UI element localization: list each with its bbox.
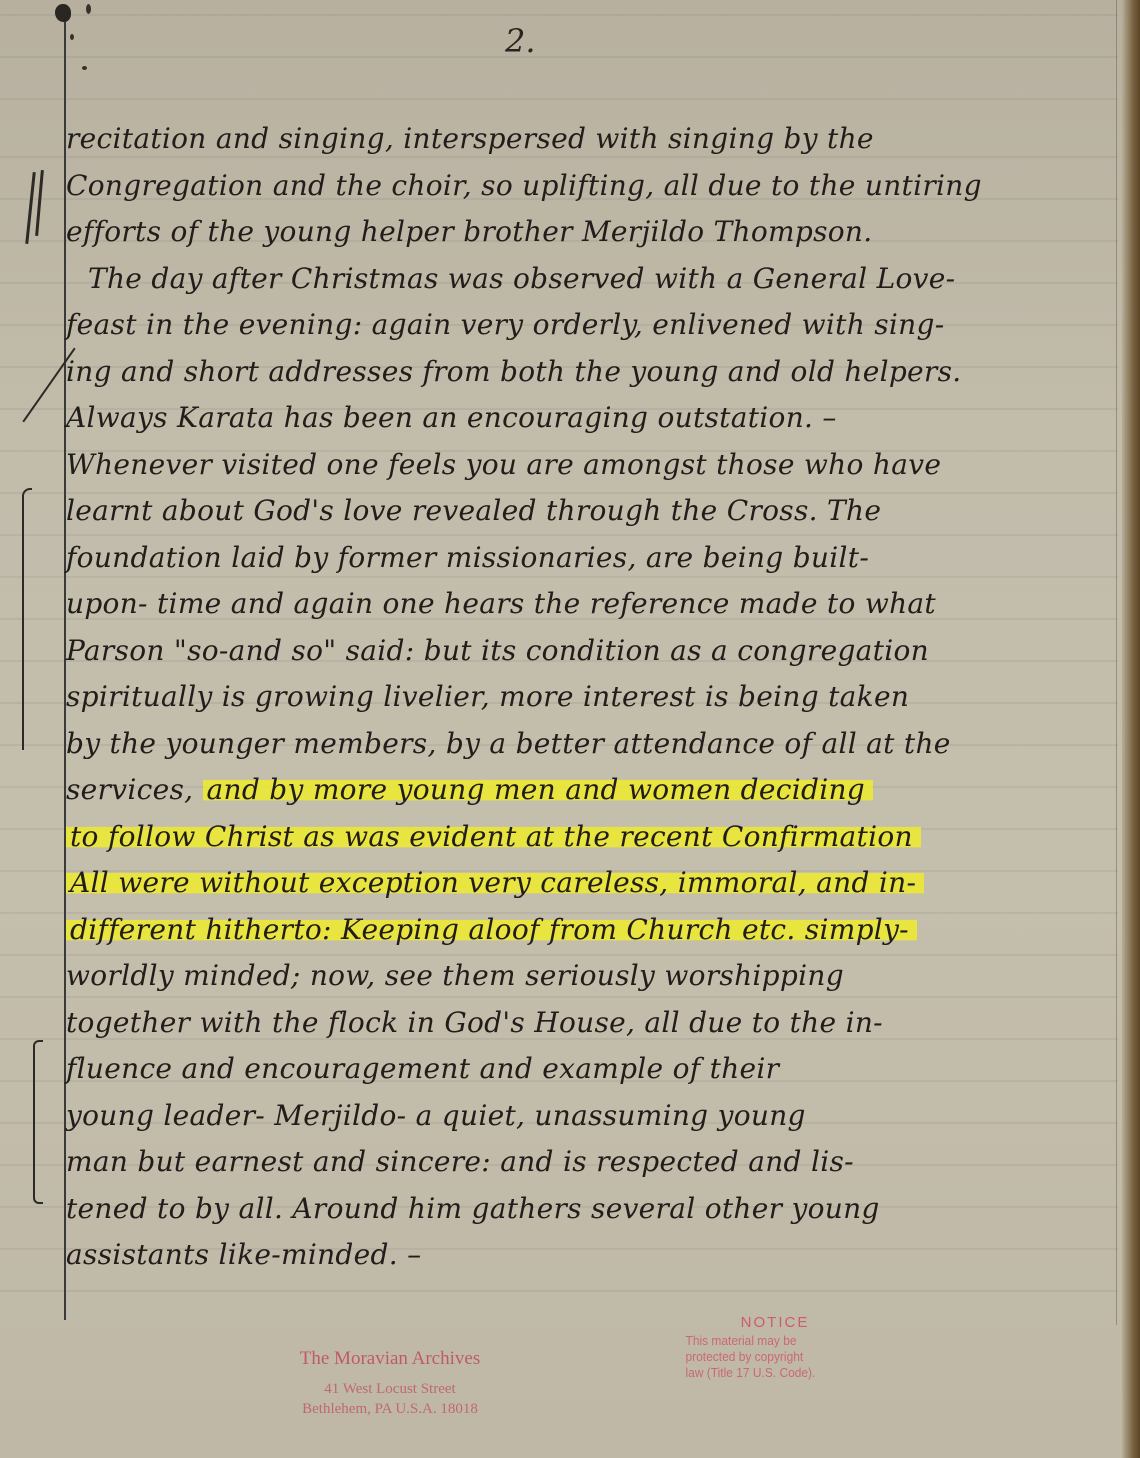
text-line: spiritually is growing livelier, more in… (66, 674, 1116, 721)
text-line: foundation laid by former missionaries, … (66, 535, 1116, 582)
line-text: worldly minded; now, see them seriously … (66, 959, 844, 992)
text-line: The day after Christmas was observed wit… (66, 256, 1116, 303)
text-line: Whenever visited one feels you are among… (66, 442, 1116, 489)
bracket-mark (22, 488, 32, 750)
text-line: by the younger members, by a better atte… (66, 721, 1116, 768)
line-text: learnt about God's love revealed through… (66, 494, 881, 527)
text-line: young leader- Merjildo- a quiet, unassum… (66, 1093, 1116, 1140)
text-line: fluence and encouragement and example of… (66, 1046, 1116, 1093)
line-text: upon- time and again one hears the refer… (66, 587, 936, 620)
archive-name: The Moravian Archives (255, 1348, 525, 1370)
text-line: Congregation and the choir, so uplifting… (66, 163, 1116, 210)
handwritten-text: recitation and singing, interspersed wit… (66, 116, 1116, 1279)
line-text: fluence and encouragement and example of… (66, 1052, 779, 1085)
text-line: recitation and singing, interspersed wit… (66, 116, 1116, 163)
text-line: All were without exception very careless… (66, 860, 1116, 907)
line-text: together with the flock in God's House, … (66, 1006, 883, 1039)
right-margin-rule (1116, 0, 1117, 1325)
line-text: feast in the evening: again very orderly… (66, 308, 944, 341)
line-text: assistants like-minded. – (66, 1238, 421, 1271)
text-line: ing and short addresses from both the yo… (66, 349, 1116, 396)
text-line: Parson "so-and so" said: but its conditi… (66, 628, 1116, 675)
line-text: Whenever visited one feels you are among… (66, 448, 941, 481)
line-text: Parson "so-and so" said: but its conditi… (66, 634, 929, 667)
notice-line: protected by copyright (680, 1349, 855, 1365)
text-line: efforts of the young helper brother Merj… (66, 209, 1116, 256)
highlighted-text: and by more young men and women deciding (203, 773, 873, 806)
ink-speck (70, 34, 74, 40)
notice-line: law (Title 17 U.S. Code). (680, 1365, 855, 1381)
text-line: upon- time and again one hears the refer… (66, 581, 1116, 628)
archive-stamp: The Moravian Archives 41 West Locust Str… (255, 1348, 525, 1419)
highlighted-text: to follow Christ as was evident at the r… (66, 820, 921, 853)
bracket-mark (33, 1040, 43, 1204)
text-line: to follow Christ as was evident at the r… (66, 814, 1116, 861)
line-text: services, (66, 773, 203, 806)
ink-blot (55, 4, 71, 22)
line-text: tened to by all. Around him gathers seve… (66, 1192, 880, 1225)
line-text: The day after Christmas was observed wit… (88, 262, 955, 295)
text-line: together with the flock in God's House, … (66, 1000, 1116, 1047)
archive-city: Bethlehem, PA U.S.A. 18018 (255, 1399, 525, 1419)
ink-speck (86, 4, 91, 14)
copyright-notice-stamp: NOTICE This material may be protected by… (680, 1314, 870, 1381)
notice-line: This material may be (680, 1333, 855, 1349)
line-text: by the younger members, by a better atte… (66, 727, 951, 760)
line-text: recitation and singing, interspersed wit… (66, 122, 874, 155)
text-line: assistants like-minded. – (66, 1232, 1116, 1279)
line-text: foundation laid by former missionaries, … (66, 541, 869, 574)
text-line: tened to by all. Around him gathers seve… (66, 1186, 1116, 1233)
manuscript-page: 2. recitation and singing, interspersed … (0, 0, 1122, 1458)
line-text: spiritually is growing livelier, more in… (66, 680, 909, 713)
page-number: 2. (505, 22, 536, 60)
line-text: ing and short addresses from both the yo… (66, 355, 961, 388)
line-text: Congregation and the choir, so uplifting… (66, 169, 982, 202)
line-text: young leader- Merjildo- a quiet, unassum… (66, 1099, 806, 1132)
highlighted-text: different hitherto: Keeping aloof from C… (66, 913, 917, 946)
line-text: man but earnest and sincere: and is resp… (66, 1145, 854, 1178)
text-line: learnt about God's love revealed through… (66, 488, 1116, 535)
text-line: man but earnest and sincere: and is resp… (66, 1139, 1116, 1186)
text-line: services, and by more young men and wome… (66, 767, 1116, 814)
notice-heading: NOTICE (680, 1314, 870, 1331)
text-line: feast in the evening: again very orderly… (66, 302, 1116, 349)
ink-speck (82, 66, 87, 70)
line-text: Always Karata has been an encouraging ou… (66, 401, 837, 434)
text-line: Always Karata has been an encouraging ou… (66, 395, 1116, 442)
archive-street: 41 West Locust Street (255, 1379, 525, 1399)
text-line: worldly minded; now, see them seriously … (66, 953, 1116, 1000)
line-text: efforts of the young helper brother Merj… (66, 215, 872, 248)
page-edge-shadow (1122, 0, 1140, 1458)
highlighted-text: All were without exception very careless… (66, 866, 924, 899)
text-line: different hitherto: Keeping aloof from C… (66, 907, 1116, 954)
